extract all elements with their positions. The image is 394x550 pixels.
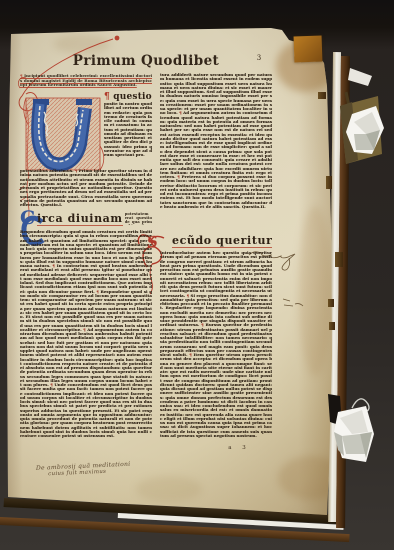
paper-bookmark-tab-upper xyxy=(332,62,392,172)
photo-background: Primum Quodlibet 3 ¶ Incipiunt quodlibet… xyxy=(0,0,394,550)
stain-top-left xyxy=(54,34,110,54)
initial-S: S xyxy=(146,232,159,251)
body-text: Respondeo dicendum quod omnis creatura e… xyxy=(20,230,152,454)
body-text: Introducebatur autem hec questio quia qu… xyxy=(160,251,272,451)
edge-tab-remnant xyxy=(318,92,326,99)
initial-V-space xyxy=(20,92,104,169)
page-heading: Primum Quodlibet xyxy=(56,53,236,69)
edge-tab-remnant xyxy=(326,176,332,189)
heading-circa-diuinam-row: C irca diuinam potestatem erat questio d… xyxy=(20,212,152,229)
body-text: potestatibus adiecimus. ¶ Primo igitur q… xyxy=(20,169,152,211)
text-beside-initial: posite in nostro quodlibet ad certum ord… xyxy=(104,102,152,166)
stain-right-margin xyxy=(298,206,332,376)
quire-signature: a 3 xyxy=(212,445,262,451)
book-page: Primum Quodlibet 3 ¶ Incipiunt quodlibet… xyxy=(6,26,338,520)
heading-secundo-queritur: ecũdo queritur xyxy=(172,234,272,248)
heading-secundo-row: ecũdo queritur de beatitudine predicta. xyxy=(160,234,272,250)
text-column-left: ¶ Incipiunt quodlibet celeberrimi: excel… xyxy=(20,74,152,456)
corner-repair-patch xyxy=(294,36,323,63)
stain-bottom-center xyxy=(136,476,202,502)
edge-tab-remnant xyxy=(335,252,343,267)
body-text: tura addiderit nature secundum quod per … xyxy=(160,73,272,233)
paper-bookmark-tab-lower xyxy=(326,388,382,474)
edge-tab-remnant xyxy=(329,322,335,330)
incipit-rubric: ¶ Incipiunt quodlibet celeberrimi: excel… xyxy=(20,74,152,89)
heading-side-text: potestatem erat questio de qua primo hic… xyxy=(125,212,152,225)
handwritten-note: De ambrosij quã meditationi cuius fuit m… xyxy=(36,459,166,478)
initial-section: ¶ questiones posite in nostro quodlibet … xyxy=(20,92,152,169)
edge-tab-remnant xyxy=(328,299,334,307)
initial-C-guide: C xyxy=(20,211,37,226)
heading-circa-diuinam: irca diuinam xyxy=(37,212,123,226)
text-column-right: tura addiderit nature secundum quod per … xyxy=(160,73,272,456)
folio-number: 3 xyxy=(251,54,267,62)
